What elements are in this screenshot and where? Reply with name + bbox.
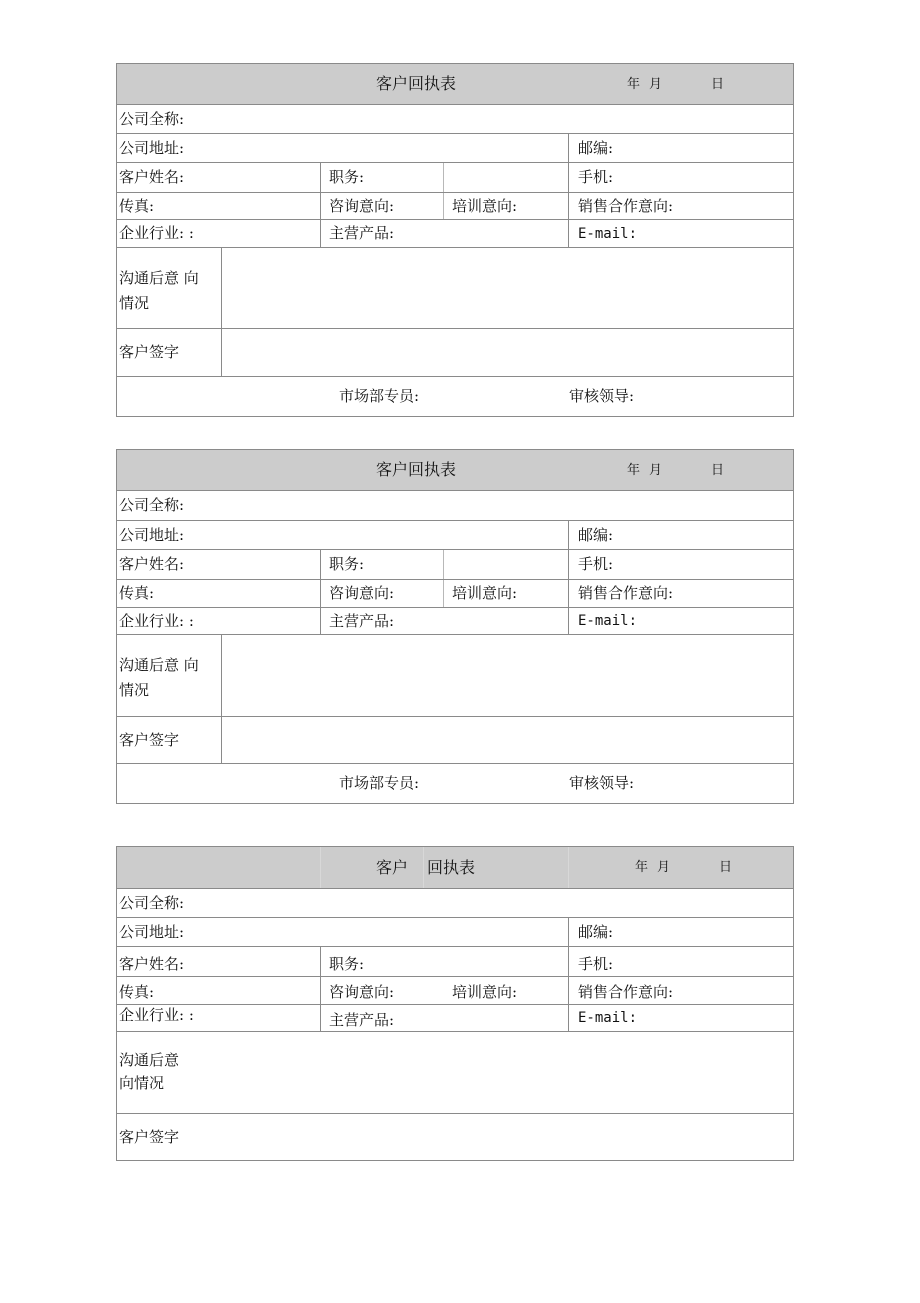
approval-row: 市场部专员: 审核领导: [117,763,793,803]
fax-field[interactable]: 传真: [117,193,154,219]
main-products-field[interactable]: 主营产品: [327,1005,394,1031]
customer-name-row: 客户姓名: 职务: 手机: [117,162,793,192]
industry-field[interactable]: 企业行业: : [117,220,194,247]
communication-label-line1: 沟通后意 向 [119,266,221,291]
communication-row: 沟通后意 向 情况 [117,634,793,716]
postcode-field[interactable]: 邮编: [576,521,613,549]
fax-row: 传真: 咨询意向: 培训意向: 销售合作意向: [117,579,793,607]
communication-label: 沟通后意 向情况 [117,1032,221,1113]
form-header-row: 客户回执表 年 月 日 [117,450,793,490]
divider [320,163,321,192]
divider [320,550,321,579]
fax-row: 传真: 咨询意向: 培训意向: 销售合作意向: [117,976,793,1004]
divider [320,580,321,607]
industry-field[interactable]: 企业行业: : [117,1005,194,1031]
divider [443,580,444,607]
divider [568,608,569,634]
communication-label-line1: 沟通后意 向 [119,653,221,678]
divider [320,1005,321,1031]
email-field[interactable]: E-mail: [576,608,637,634]
sales-coop-intent-field[interactable]: 销售合作意向: [576,977,673,1004]
marketing-specialist-field[interactable]: 市场部专员: [337,764,419,803]
signature-label: 客户签字 [117,717,179,763]
communication-input[interactable] [222,1032,793,1113]
divider [443,550,444,579]
divider [568,193,569,219]
customer-name-row: 客户姓名: 职务: 手机: [117,946,793,976]
company-full-name-field[interactable]: 公司全称: [117,889,793,917]
company-address-field[interactable]: 公司地址: [117,521,184,549]
postcode-field[interactable]: 邮编: [576,134,613,162]
divider [423,847,424,888]
divider [568,163,569,192]
mobile-field[interactable]: 手机: [576,550,613,579]
date-year-label: 年 [625,450,640,490]
divider [320,608,321,634]
divider [568,947,569,976]
consult-intent-field[interactable]: 咨询意向: [327,977,394,1004]
industry-row: 企业行业: : 主营产品: E-mail: [117,1004,793,1031]
divider [568,521,569,549]
date-month-label: 月 [647,450,662,490]
divider [568,918,569,946]
reviewer-field[interactable]: 审核领导: [567,764,634,803]
customer-receipt-form-1: 客户回执表 年 月 日 公司全称: 公司地址: 邮编: 客户姓名: 职务: 手机… [116,63,794,417]
signature-input[interactable] [222,1114,793,1160]
industry-row: 企业行业: : 主营产品: E-mail: [117,219,793,247]
communication-label-line2: 情况 [119,291,221,316]
communication-input[interactable] [222,635,793,716]
customer-name-field[interactable]: 客户姓名: [117,163,184,192]
company-address-row: 公司地址: 邮编: [117,133,793,162]
mobile-field[interactable]: 手机: [576,163,613,192]
sales-coop-intent-field[interactable]: 销售合作意向: [576,193,673,219]
divider [568,977,569,1004]
position-field[interactable]: 职务: [327,947,364,976]
form-title: 客户回执表 [374,450,456,490]
communication-row: 沟通后意 向 情况 [117,247,793,328]
date-year-label: 年 [625,64,640,104]
signature-row: 客户签字 [117,1113,793,1160]
email-field[interactable]: E-mail: [576,1005,637,1031]
company-address-field[interactable]: 公司地址: [117,918,184,946]
fax-row: 传真: 咨询意向: 培训意向: 销售合作意向: [117,192,793,219]
divider [568,847,569,888]
communication-label: 沟通后意 向 情况 [117,635,221,716]
company-full-name-row: 公司全称: [117,490,793,520]
date-month-label: 月 [647,64,662,104]
industry-row: 企业行业: : 主营产品: E-mail: [117,607,793,634]
customer-name-field[interactable]: 客户姓名: [117,947,184,976]
divider [320,193,321,219]
customer-receipt-form-2: 客户回执表 年 月 日 公司全称: 公司地址: 邮编: 客户姓名: 职务: 手机… [116,449,794,804]
form-header-row: 客户 回执表 年 月 日 [117,847,793,888]
communication-label-line2: 情况 [119,678,221,703]
date-day-label: 日 [709,450,724,490]
date-month-label: 月 [655,847,670,888]
signature-label: 客户签字 [117,329,179,376]
signature-row: 客户签字 [117,328,793,376]
training-intent-field[interactable]: 培训意向: [450,977,517,1004]
industry-field[interactable]: 企业行业: : [117,608,194,634]
divider [568,220,569,247]
main-products-field[interactable]: 主营产品: [327,220,394,247]
form-title: 客户回执表 [374,64,456,104]
divider [568,1005,569,1031]
approval-row: 市场部专员: 审核领导: [117,376,793,416]
communication-label: 沟通后意 向 情况 [117,248,221,328]
company-full-name-row: 公司全称: [117,104,793,133]
main-products-field[interactable]: 主营产品: [327,608,394,634]
date-day-label: 日 [717,847,732,888]
form-title-part2: 回执表 [425,847,475,888]
divider [568,550,569,579]
communication-row: 沟通后意 向情况 [117,1031,793,1113]
divider [320,947,321,976]
divider [320,220,321,247]
position-field[interactable]: 职务: [327,163,364,192]
sales-coop-intent-field[interactable]: 销售合作意向: [576,580,673,607]
company-full-name-row: 公司全称: [117,888,793,917]
form-header-row: 客户回执表 年 月 日 [117,64,793,104]
company-address-field[interactable]: 公司地址: [117,134,568,162]
communication-label-line1: 沟通后意 [119,1049,221,1072]
consult-intent-field[interactable]: 咨询意向: [327,193,394,219]
divider [568,580,569,607]
date-year-label: 年 [633,847,648,888]
mobile-field[interactable]: 手机: [576,947,613,976]
marketing-specialist-field[interactable]: 市场部专员: [337,377,419,416]
position-field[interactable]: 职务: [327,550,364,579]
reviewer-field[interactable]: 审核领导: [567,377,634,416]
signature-label: 客户签字 [117,1114,179,1160]
training-intent-field[interactable]: 培训意向: [450,580,517,607]
communication-label-line2: 向情况 [119,1072,221,1095]
fax-field[interactable]: 传真: [117,977,154,1004]
company-full-name-field[interactable]: 公司全称: [117,105,793,133]
email-field[interactable]: E-mail: [576,220,637,247]
divider [443,193,444,219]
consult-intent-field[interactable]: 咨询意向: [327,580,394,607]
form-title-part1: 客户 [374,847,408,888]
divider [320,847,321,888]
customer-receipt-form-3: 客户 回执表 年 月 日 公司全称: 公司地址: 邮编: 客户姓名: 职务: 手… [116,846,794,1161]
customer-name-field[interactable]: 客户姓名: [117,550,184,579]
company-address-row: 公司地址: 邮编: [117,917,793,946]
signature-input[interactable] [222,329,793,376]
divider [320,977,321,1004]
divider [443,163,444,192]
company-full-name-field[interactable]: 公司全称: [117,491,793,520]
company-address-row: 公司地址: 邮编: [117,520,793,549]
divider [568,134,569,162]
communication-input[interactable] [222,248,793,328]
customer-name-row: 客户姓名: 职务: 手机: [117,549,793,579]
signature-input[interactable] [222,717,793,763]
postcode-field[interactable]: 邮编: [576,918,613,946]
signature-row: 客户签字 [117,716,793,763]
date-day-label: 日 [709,64,724,104]
training-intent-field[interactable]: 培训意向: [450,193,517,219]
fax-field[interactable]: 传真: [117,580,154,607]
